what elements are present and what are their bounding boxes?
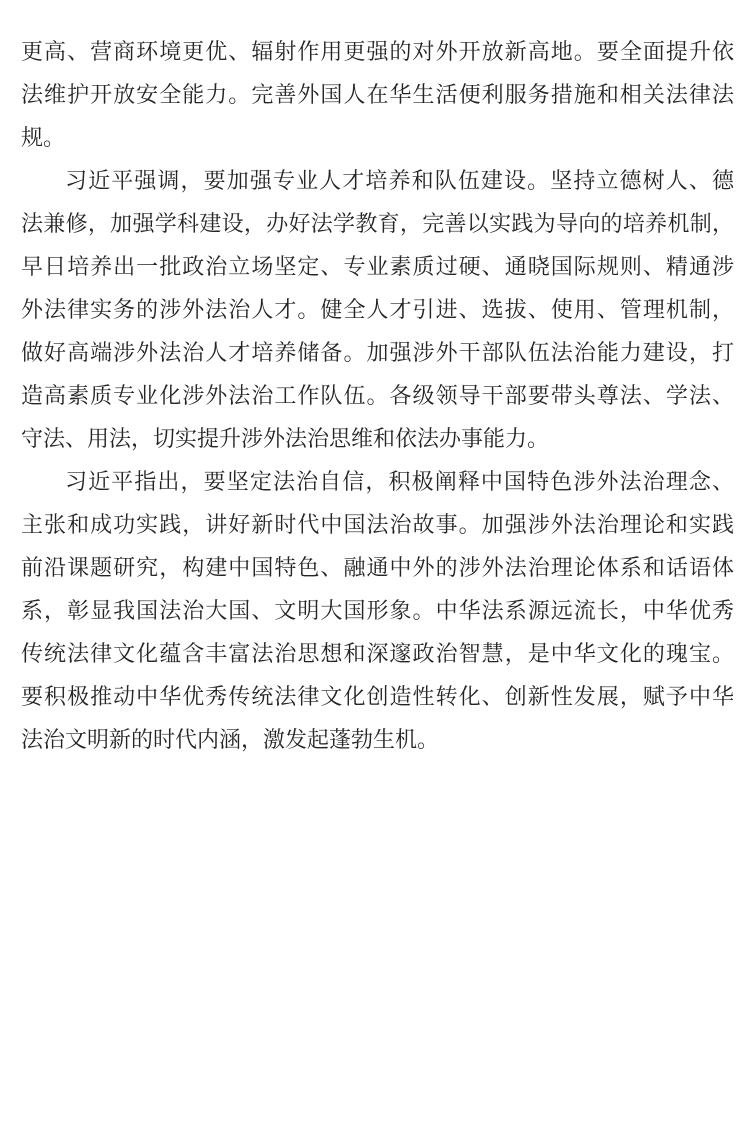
text-line: 主张和成功实践，讲好新时代中国法治故事。加强涉外法治理论和实践: [21, 503, 734, 546]
text-line: 传统法律文化蕴含丰富法治思想和深邃政治智慧，是中华文化的瑰宝。: [21, 632, 734, 675]
text-line: 习近平指出，要坚定法治自信，积极阐释中国特色涉外法治理念、: [21, 460, 734, 503]
text-line: 法治文明新的时代内涵，激发起蓬勃生机。: [21, 718, 734, 761]
text-line: 做好高端涉外法治人才培养储备。加强涉外干部队伍法治能力建设，打: [21, 331, 734, 374]
text-line: 规。: [21, 116, 734, 159]
document-page: 更高、营商环境更优、辐射作用更强的对外开放新高地。要全面提升依 法维护开放安全能…: [0, 0, 756, 1134]
text-line: 外法律实务的涉外法治人才。健全人才引进、选拔、使用、管理机制，: [21, 288, 734, 331]
text-line: 前沿课题研究，构建中国特色、融通中外的涉外法治理论体系和话语体: [21, 546, 734, 589]
text-line: 更高、营商环境更优、辐射作用更强的对外开放新高地。要全面提升依: [21, 30, 734, 73]
text-line: 早日培养出一批政治立场坚定、专业素质过硬、通晓国际规则、精通涉: [21, 245, 734, 288]
text-line: 系，彰显我国法治大国、文明大国形象。中华法系源远流长，中华优秀: [21, 589, 734, 632]
text-line: 造高素质专业化涉外法治工作队伍。各级领导干部要带头尊法、学法、: [21, 374, 734, 417]
paragraph-talent-team-building: 习近平强调，要加强专业人才培养和队伍建设。坚持立德树人、德 法兼修，加强学科建设…: [21, 159, 734, 460]
text-line: 守法、用法，切实提升涉外法治思维和依法办事能力。: [21, 417, 734, 460]
text-line: 法兼修，加强学科建设，办好法学教育，完善以实践为导向的培养机制，: [21, 202, 734, 245]
text-line: 法维护开放安全能力。完善外国人在华生活便利服务措施和相关法律法: [21, 73, 734, 116]
paragraph-rule-of-law-confidence: 习近平指出，要坚定法治自信，积极阐释中国特色涉外法治理念、 主张和成功实践，讲好…: [21, 460, 734, 761]
text-line: 习近平强调，要加强专业人才培养和队伍建设。坚持立德树人、德: [21, 159, 734, 202]
text-line: 要积极推动中华优秀传统法律文化创造性转化、创新性发展，赋予中华: [21, 675, 734, 718]
paragraph-opening-continuation: 更高、营商环境更优、辐射作用更强的对外开放新高地。要全面提升依 法维护开放安全能…: [21, 30, 734, 159]
